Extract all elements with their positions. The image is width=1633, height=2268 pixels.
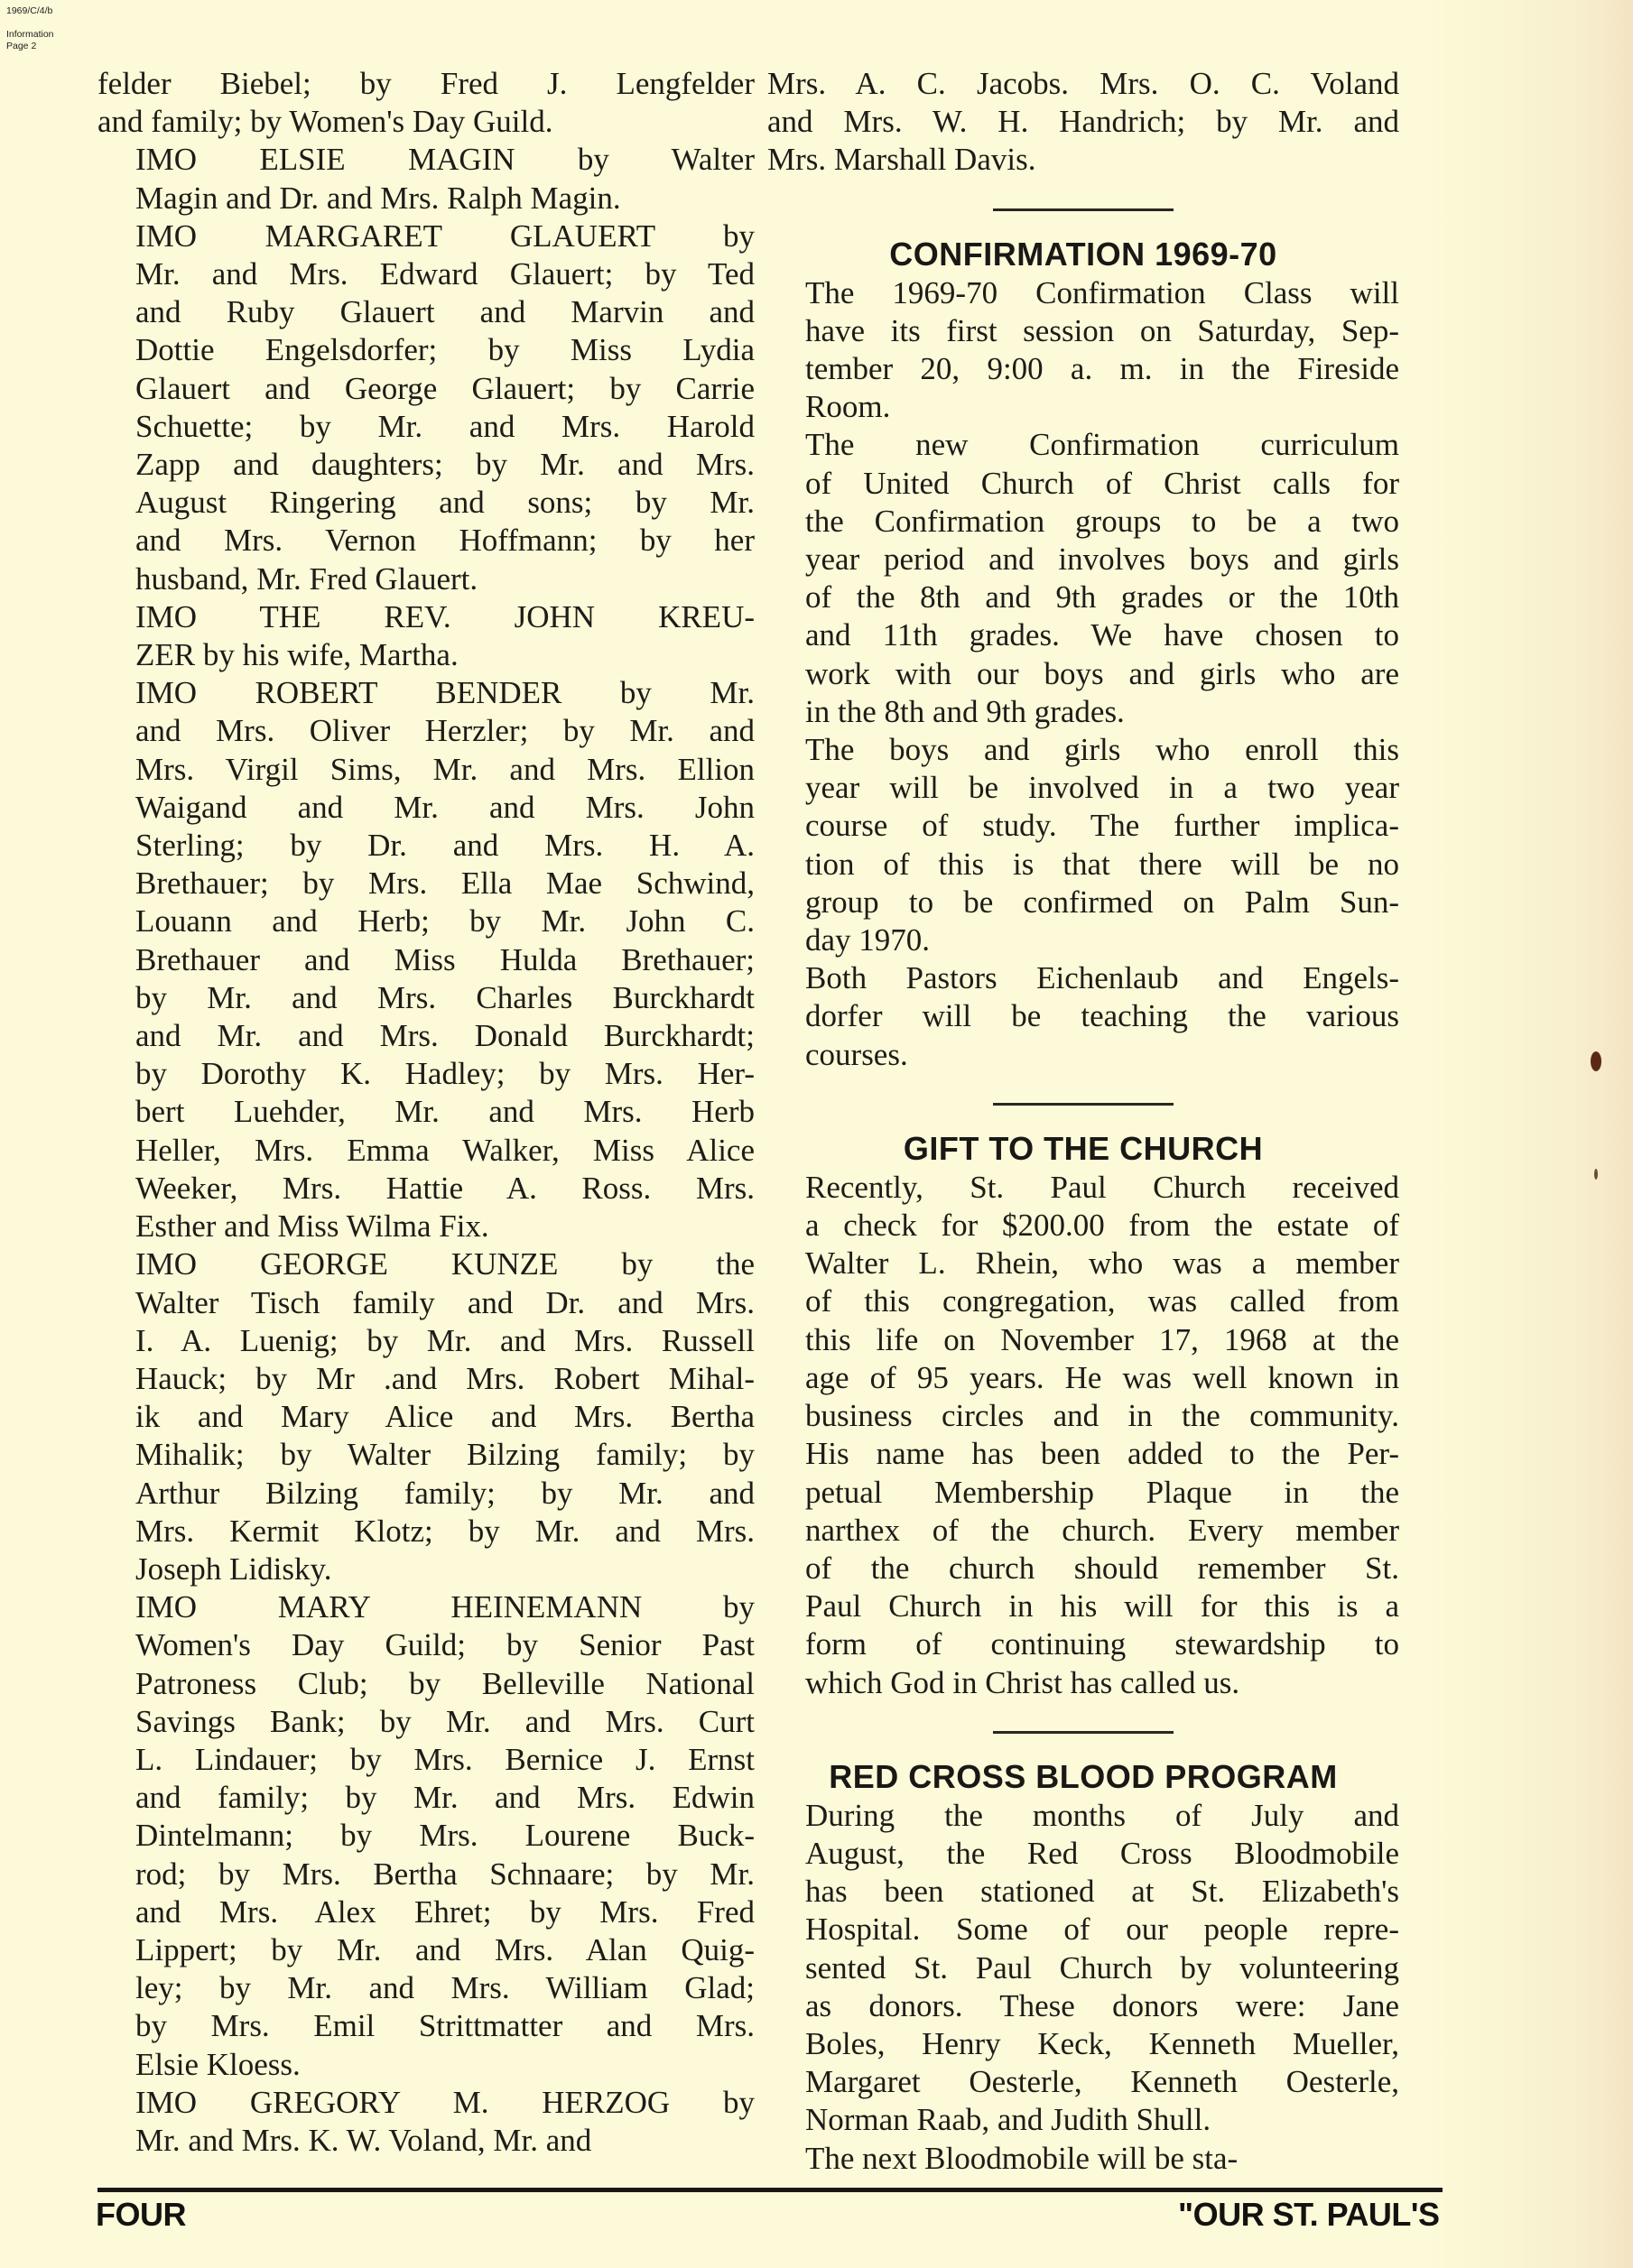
text-line: and Mr. and Mrs. Donald Burckhardt; — [97, 1017, 755, 1055]
text-line: His name has been added to the Per- — [767, 1435, 1399, 1473]
text-line: Weeker, Mrs. Hattie A. Ross. Mrs. — [97, 1170, 755, 1208]
archive-category: Information — [6, 29, 54, 41]
paragraph: IMO GEORGE KUNZE by theWalter Tisch fami… — [97, 1245, 755, 1588]
text-line: by Mrs. Emil Strittmatter and Mrs. — [97, 2007, 755, 2045]
paragraph: Recently, St. Paul Church receiveda chec… — [767, 1169, 1399, 1702]
text-line: form of continuing stewardship to — [767, 1625, 1399, 1663]
text-line: Zapp and daughters; by Mr. and Mrs. — [97, 446, 755, 484]
text-line: Lippert; by Mr. and Mrs. Alan Quig- — [97, 1931, 755, 1969]
text-line: Recently, St. Paul Church received — [767, 1169, 1399, 1207]
archive-reference: 1969/C/4/b — [6, 5, 54, 17]
paragraph: IMO MARY HEINEMANN byWomen's Day Guild; … — [97, 1588, 755, 2084]
text-line: sented St. Paul Church by volunteering — [767, 1949, 1399, 1987]
text-line: Margaret Oesterle, Kenneth Oesterle, — [767, 2063, 1399, 2101]
section-divider — [993, 208, 1174, 211]
text-line: have its first session on Saturday, Sep- — [767, 312, 1399, 350]
footer-rule — [97, 2188, 1443, 2192]
text-line: Boles, Henry Keck, Kenneth Mueller, — [767, 2025, 1399, 2063]
text-line: Dottie Engelsdorfer; by Miss Lydia — [97, 331, 755, 369]
text-line: group to be confirmed on Palm Sun- — [767, 884, 1399, 921]
text-line: of this congregation, was called from — [767, 1282, 1399, 1320]
text-line: Mihalik; by Walter Bilzing family; by — [97, 1436, 755, 1474]
text-line: During the months of July and — [767, 1797, 1399, 1835]
text-line: The 1969-70 Confirmation Class will — [767, 274, 1399, 312]
right-column: Mrs. A. C. Jacobs. Mrs. O. C. Volandand … — [767, 65, 1399, 2178]
text-line: in the 8th and 9th grades. — [767, 693, 1399, 731]
text-line: Patroness Club; by Belleville National — [97, 1665, 755, 1703]
text-line: and Mrs. Vernon Hoffmann; by her — [97, 522, 755, 560]
text-line: L. Lindauer; by Mrs. Bernice J. Ernst — [97, 1741, 755, 1779]
section-divider — [993, 1103, 1174, 1106]
text-line: IMO THE REV. JOHN KREU- — [97, 598, 755, 636]
continued-paragraph: Mrs. A. C. Jacobs. Mrs. O. C. Volandand … — [767, 65, 1399, 180]
text-line: Heller, Mrs. Emma Walker, Miss Alice — [97, 1132, 755, 1170]
text-line: of United Church of Christ calls for — [767, 465, 1399, 503]
left-column: felder Biebel; by Fred J. Lengfelderand … — [97, 65, 755, 2160]
text-line: and Mrs. W. H. Handrich; by Mr. and — [767, 103, 1399, 141]
text-line: The new Confirmation curriculum — [767, 426, 1399, 464]
text-line: Mrs. A. C. Jacobs. Mrs. O. C. Voland — [767, 65, 1399, 103]
paragraph: IMO ELSIE MAGIN by WalterMagin and Dr. a… — [97, 141, 755, 217]
paragraph: The new Confirmation curriculumof United… — [767, 426, 1399, 731]
text-line: Magin and Dr. and Mrs. Ralph Magin. — [97, 180, 755, 218]
text-line: of the church should remember St. — [767, 1550, 1399, 1588]
text-line: Brethauer; by Mrs. Ella Mae Schwind, — [97, 865, 755, 903]
text-line: and Ruby Glauert and Marvin and — [97, 293, 755, 331]
text-line: ley; by Mr. and Mrs. William Glad; — [97, 1969, 755, 2007]
text-line: a check for $200.00 from the estate of — [767, 1207, 1399, 1245]
paper-stain — [1594, 1169, 1598, 1180]
text-line: Mr. and Mrs. K. W. Voland, Mr. and — [97, 2122, 755, 2160]
text-line: and Mrs. Alex Ehret; by Mrs. Fred — [97, 1893, 755, 1931]
text-line: Schuette; by Mr. and Mrs. Harold — [97, 408, 755, 446]
text-line: husband, Mr. Fred Glauert. — [97, 560, 755, 598]
text-line: Arthur Bilzing family; by Mr. and — [97, 1475, 755, 1513]
text-line: the Confirmation groups to be a two — [767, 503, 1399, 541]
text-line: ZER by his wife, Martha. — [97, 636, 755, 674]
text-line: Mrs. Kermit Klotz; by Mr. and Mrs. — [97, 1513, 755, 1551]
paragraph: IMO ROBERT BENDER by Mr.and Mrs. Oliver … — [97, 674, 755, 1245]
text-line: rod; by Mrs. Bertha Schnaare; by Mr. — [97, 1856, 755, 1893]
text-line: by Dorothy K. Hadley; by Mrs. Her- — [97, 1055, 755, 1093]
text-line: Norman Raab, and Judith Shull. — [767, 2101, 1399, 2139]
archive-stamp: 1969/C/4/b Information Page 2 — [6, 5, 54, 52]
text-line: IMO ROBERT BENDER by Mr. — [97, 674, 755, 712]
text-line: business circles and in the community. — [767, 1397, 1399, 1435]
paragraph: The boys and girls who enroll thisyear w… — [767, 731, 1399, 959]
text-line: year period and involves boys and girls — [767, 541, 1399, 579]
text-line: IMO MARGARET GLAUERT by — [97, 218, 755, 255]
text-line: by Mr. and Mrs. Charles Burckhardt — [97, 979, 755, 1017]
section-heading: RED CROSS BLOOD PROGRAM — [767, 1757, 1399, 1797]
paragraph: The 1969-70 Confirmation Class willhave … — [767, 274, 1399, 427]
text-line: this life on November 17, 1968 at the — [767, 1321, 1399, 1359]
text-line: narthex of the church. Every member — [767, 1512, 1399, 1550]
text-line: IMO MARY HEINEMANN by — [97, 1588, 755, 1626]
archive-page: Page 2 — [6, 41, 54, 52]
running-title: "OUR ST. PAUL'S — [1178, 2196, 1439, 2234]
text-line: August Ringering and sons; by Mr. — [97, 484, 755, 522]
text-line: The next Bloodmobile will be sta- — [767, 2140, 1399, 2178]
text-line: Glauert and George Glauert; by Carrie — [97, 370, 755, 408]
text-line: August, the Red Cross Bloodmobile — [767, 1835, 1399, 1873]
section-divider — [993, 1731, 1174, 1734]
text-line: day 1970. — [767, 921, 1399, 959]
text-line: IMO GEORGE KUNZE by the — [97, 1245, 755, 1283]
text-line: and family; by Women's Day Guild. — [97, 103, 755, 141]
paragraph: During the months of July andAugust, the… — [767, 1797, 1399, 2140]
text-line: Brethauer and Miss Hulda Brethauer; — [97, 941, 755, 979]
text-line: felder Biebel; by Fred J. Lengfelder — [97, 65, 755, 103]
text-line: and 11th grades. We have chosen to — [767, 616, 1399, 654]
text-line: Joseph Lidisky. — [97, 1551, 755, 1588]
text-line: I. A. Luenig; by Mr. and Mrs. Russell — [97, 1322, 755, 1360]
text-line: Savings Bank; by Mr. and Mrs. Curt — [97, 1703, 755, 1741]
text-line: and Mrs. Oliver Herzler; by Mr. and — [97, 712, 755, 750]
paragraph: felder Biebel; by Fred J. Lengfelderand … — [97, 65, 755, 141]
page-number: FOUR — [96, 2196, 186, 2234]
text-line: courses. — [767, 1036, 1399, 1074]
text-line: Esther and Miss Wilma Fix. — [97, 1208, 755, 1245]
text-line: Sterling; by Dr. and Mrs. H. A. — [97, 827, 755, 865]
paragraph: Both Pastors Eichenlaub and Engels-dorfe… — [767, 959, 1399, 1074]
text-line: has been stationed at St. Elizabeth's — [767, 1873, 1399, 1911]
text-line: age of 95 years. He was well known in — [767, 1359, 1399, 1397]
text-line: Louann and Herb; by Mr. John C. — [97, 903, 755, 940]
section-heading: CONFIRMATION 1969-70 — [767, 235, 1399, 274]
section-heading: GIFT TO THE CHURCH — [767, 1129, 1399, 1169]
text-line: course of study. The further implica- — [767, 807, 1399, 845]
text-line: Women's Day Guild; by Senior Past — [97, 1626, 755, 1664]
text-line: tember 20, 9:00 a. m. in the Fireside — [767, 350, 1399, 388]
text-line: Mrs. Virgil Sims, Mr. and Mrs. Ellion — [97, 751, 755, 789]
text-line: Waigand and Mr. and Mrs. John — [97, 789, 755, 827]
text-line: Walter Tisch family and Dr. and Mrs. — [97, 1284, 755, 1322]
text-line: bert Luehder, Mr. and Mrs. Herb — [97, 1093, 755, 1131]
text-line: and family; by Mr. and Mrs. Edwin — [97, 1779, 755, 1817]
text-line: The boys and girls who enroll this — [767, 731, 1399, 769]
text-line: tion of this is that there will be no — [767, 846, 1399, 884]
text-line: IMO GREGORY M. HERZOG by — [97, 2084, 755, 2122]
text-line: year will be involved in a two year — [767, 769, 1399, 807]
text-line: Dintelmann; by Mrs. Lourene Buck- — [97, 1817, 755, 1855]
text-line: which God in Christ has called us. — [767, 1664, 1399, 1702]
text-line: Hospital. Some of our people repre- — [767, 1911, 1399, 1949]
text-line: ik and Mary Alice and Mrs. Bertha — [97, 1398, 755, 1436]
text-line: as donors. These donors were: Jane — [767, 1987, 1399, 2025]
text-line: work with our boys and girls who are — [767, 655, 1399, 693]
paragraph: IMO GREGORY M. HERZOG byMr. and Mrs. K. … — [97, 2084, 755, 2160]
text-line: Paul Church in his will for this is a — [767, 1588, 1399, 1625]
text-line: Hauck; by Mr .and Mrs. Robert Mihal- — [97, 1360, 755, 1398]
text-line: Both Pastors Eichenlaub and Engels- — [767, 959, 1399, 997]
paragraph: IMO THE REV. JOHN KREU-ZER by his wife, … — [97, 598, 755, 674]
text-line: of the 8th and 9th grades or the 10th — [767, 579, 1399, 616]
text-line: dorfer will be teaching the various — [767, 997, 1399, 1035]
paragraph: IMO MARGARET GLAUERT byMr. and Mrs. Edwa… — [97, 218, 755, 598]
text-line: Room. — [767, 388, 1399, 426]
text-line: petual Membership Plaque in the — [767, 1474, 1399, 1512]
paragraph: The next Bloodmobile will be sta- — [767, 2140, 1399, 2178]
text-line: Walter L. Rhein, who was a member — [767, 1245, 1399, 1282]
text-line: IMO ELSIE MAGIN by Walter — [97, 141, 755, 179]
text-line: Mrs. Marshall Davis. — [767, 141, 1399, 179]
text-line: Elsie Kloess. — [97, 2046, 755, 2084]
paper-stain — [1591, 1051, 1601, 1071]
paper-edge-shading — [1425, 0, 1633, 2268]
text-line: Mr. and Mrs. Edward Glauert; by Ted — [97, 255, 755, 293]
